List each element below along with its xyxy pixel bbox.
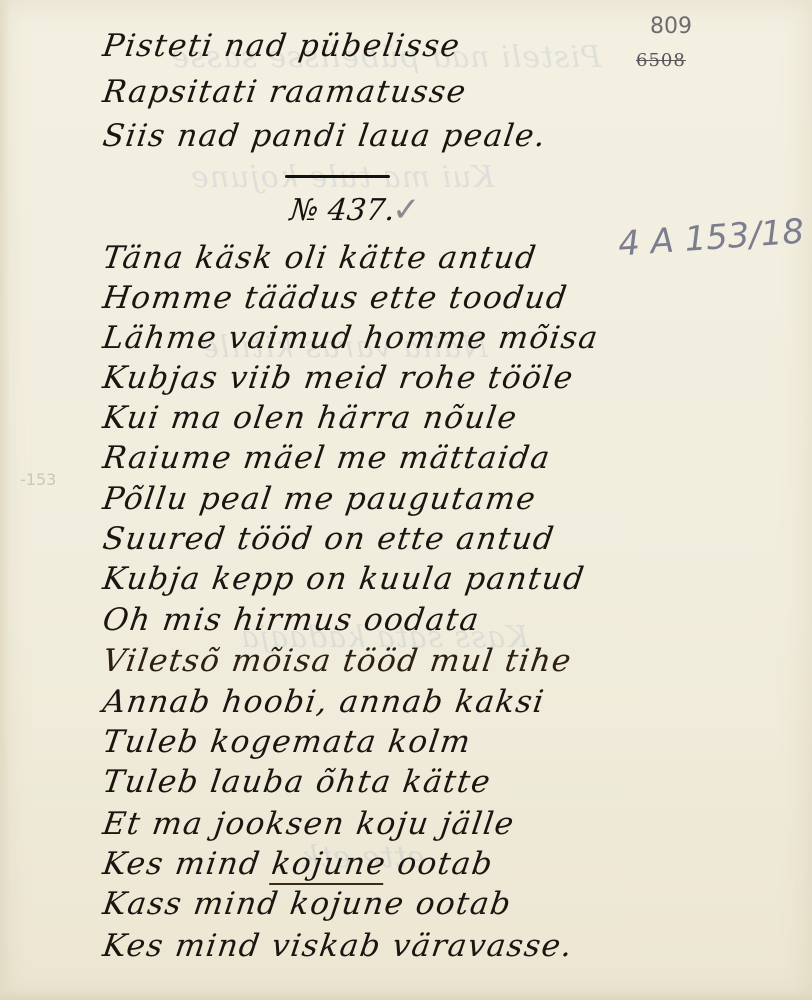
manuscript-page: Pisteli nad pübelisse sasse Kui ma tule …	[0, 0, 812, 1000]
song-line: Annab hoobi, annab kaksi	[100, 684, 547, 720]
song-line: Lähme vaimud homme mõisa	[100, 320, 601, 356]
song-line: Homme täädus ette toodud	[100, 280, 570, 316]
check-mark-icon: ✓	[392, 190, 421, 230]
song-line: Viletsõ mõisa tööd mul tihe	[100, 643, 574, 679]
previous-song-line: Siis nad pandi laua peale.	[100, 118, 548, 154]
song-line: Kubjas viib meid rohe tööle	[100, 360, 576, 396]
underlined-word: kojune	[269, 846, 389, 885]
previous-song-line: Rapsitati raamatusse	[100, 74, 469, 110]
song-line: Suured tööd on ette antud	[100, 521, 557, 557]
previous-song-line: Pisteti nad pübelisse	[100, 28, 462, 64]
song-line: Tuleb kogemata kolm	[100, 724, 473, 760]
song-number: № 437.	[288, 193, 396, 228]
archive-page-number: 809	[650, 14, 692, 39]
section-divider	[285, 175, 390, 178]
song-line: Täna käsk oli kätte antud	[100, 240, 539, 276]
song-line: Et ma jooksen koju jälle	[100, 806, 517, 842]
collection-reference: 4 A 153/18	[617, 212, 805, 265]
song-line: Kass mind kojune ootab	[100, 886, 514, 922]
song-line-with-underline: Kes mind kojune ootab	[100, 846, 495, 882]
song-line: Oh mis hirmus oodata	[100, 602, 482, 638]
song-line: Raiume mäel me mättaida	[100, 440, 553, 476]
song-line-part: Kes mind kojune ootab	[100, 846, 495, 885]
song-line: Kes mind viskab väravasse.	[100, 928, 575, 964]
song-line: Põllu peal me paugutame	[100, 481, 538, 517]
song-line: Tuleb lauba õhta kätte	[100, 764, 493, 800]
margin-pencil-note: -153	[20, 470, 56, 489]
archive-old-number-struck: 6508	[636, 50, 686, 71]
song-line: Kui ma olen härra nõule	[100, 400, 520, 436]
song-line: Kubja kepp on kuula pantud	[100, 561, 587, 597]
